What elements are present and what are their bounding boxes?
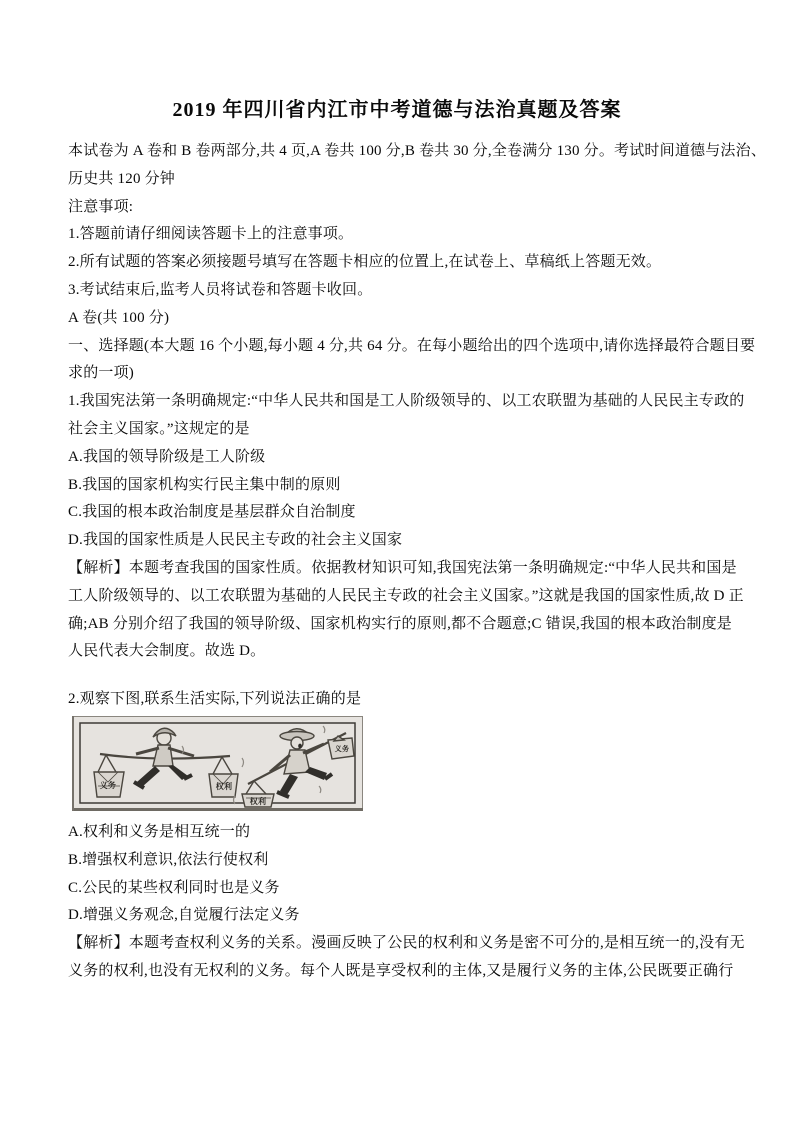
question-1-options-line: A.我国的领导阶级是工人阶级 <box>68 444 728 472</box>
question-1-options-line: B.我国的国家机构实行民主集中制的原则 <box>68 472 728 500</box>
notes-heading: 注意事项: <box>68 194 728 222</box>
question-1-options-line: C.我国的根本政治制度是基层群众自治制度 <box>68 499 728 527</box>
question-2-analysis-line: 义务的权利,也没有无权利的义务。每个人既是享受权利的主体,又是履行义务的主体,公… <box>68 958 728 986</box>
question-2-options: A.权利和义务是相互统一的B.增强权利意识,依法行使权利C.公民的某些权利同时也… <box>68 819 728 930</box>
page-title: 2019 年四川省内江市中考道德与法治真题及答案 <box>0 0 794 124</box>
question-1-analysis: 【解析】本题考查我国的国家性质。依据教材知识可知,我国宪法第一条明确规定:“中华… <box>68 555 728 666</box>
cartoon-image: 义务 权利 权利 义务 <box>72 716 363 811</box>
question-1-analysis-line: 人民代表大会制度。故选 D。 <box>68 638 728 666</box>
intro-paragraph-line: 本试卷为 A 卷和 B 卷两部分,共 4 页,A 卷共 100 分,B 卷共 3… <box>68 138 728 166</box>
rights-duties-cartoon: 义务 权利 权利 义务 <box>72 716 363 811</box>
notes-list: 1.答题前请仔细阅读答题卡上的注意事项。2.所有试题的答案必须接题号填写在答题卡… <box>68 221 728 304</box>
question-1-options-line: D.我国的国家性质是人民民主专政的社会主义国家 <box>68 527 728 555</box>
section-one-heading-line: 一、选择题(本大题 16 个小题,每小题 4 分,共 64 分。在每小题给出的四… <box>68 333 728 361</box>
question-2-options-line: D.增强义务观念,自觉履行法定义务 <box>68 902 728 930</box>
question-1-stem: 1.我国宪法第一条明确规定:“中华人民共和国是工人阶级领导的、以工农联盟为基础的… <box>68 388 728 444</box>
section-one-heading-line: 求的一项) <box>68 360 728 388</box>
question-2-options-line: A.权利和义务是相互统一的 <box>68 819 728 847</box>
notes-list-line: 1.答题前请仔细阅读答题卡上的注意事项。 <box>68 221 728 249</box>
document-body: 本试卷为 A 卷和 B 卷两部分,共 4 页,A 卷共 100 分,B 卷共 3… <box>68 138 728 986</box>
document-page: 2019 年四川省内江市中考道德与法治真题及答案 本试卷为 A 卷和 B 卷两部… <box>0 0 794 1123</box>
question-2-stem: 2.观察下图,联系生活实际,下列说法正确的是 <box>68 686 728 714</box>
intro-paragraph: 本试卷为 A 卷和 B 卷两部分,共 4 页,A 卷共 100 分,B 卷共 3… <box>68 138 728 194</box>
question-1-stem-line: 1.我国宪法第一条明确规定:“中华人民共和国是工人阶级领导的、以工农联盟为基础的… <box>68 388 728 416</box>
blank-spacer <box>68 666 728 686</box>
question-2-analysis: 【解析】本题考查权利义务的关系。漫画反映了公民的权利和义务是密不可分的,是相互统… <box>68 930 728 986</box>
right-basket-label: 权利 <box>250 796 266 806</box>
section-a-heading: A 卷(共 100 分) <box>68 305 728 333</box>
section-one-heading: 一、选择题(本大题 16 个小题,每小题 4 分,共 64 分。在每小题给出的四… <box>68 333 728 389</box>
notes-list-line: 3.考试结束后,监考人员将试卷和答题卡收回。 <box>68 277 728 305</box>
notes-list-line: 2.所有试题的答案必须接题号填写在答题卡相应的位置上,在试卷上、草稿纸上答题无效… <box>68 249 728 277</box>
question-1-analysis-line: 【解析】本题考查我国的国家性质。依据教材知识可知,我国宪法第一条明确规定:“中华… <box>68 555 728 583</box>
left-front-basket-label: 义务 <box>99 780 116 790</box>
right-bundle-label: 义务 <box>334 744 349 753</box>
question-1-analysis-line: 确;AB 分别介绍了我国的领导阶级、国家机构实行的原则,都不合题意;C 错误,我… <box>68 611 728 639</box>
intro-paragraph-line: 历史共 120 分钟 <box>68 166 728 194</box>
question-1-stem-line: 社会主义国家。”这规定的是 <box>68 416 728 444</box>
question-2-analysis-line: 【解析】本题考查权利义务的关系。漫画反映了公民的权利和义务是密不可分的,是相互统… <box>68 930 728 958</box>
question-1-options: A.我国的领导阶级是工人阶级B.我国的国家机构实行民主集中制的原则C.我国的根本… <box>68 444 728 555</box>
question-1-analysis-line: 工人阶级领导的、以工农联盟为基础的人民民主专政的社会主义国家。”这就是我国的国家… <box>68 583 728 611</box>
question-2-options-line: C.公民的某些权利同时也是义务 <box>68 875 728 903</box>
left-back-basket-label: 权利 <box>216 781 232 791</box>
question-2-options-line: B.增强权利意识,依法行使权利 <box>68 847 728 875</box>
